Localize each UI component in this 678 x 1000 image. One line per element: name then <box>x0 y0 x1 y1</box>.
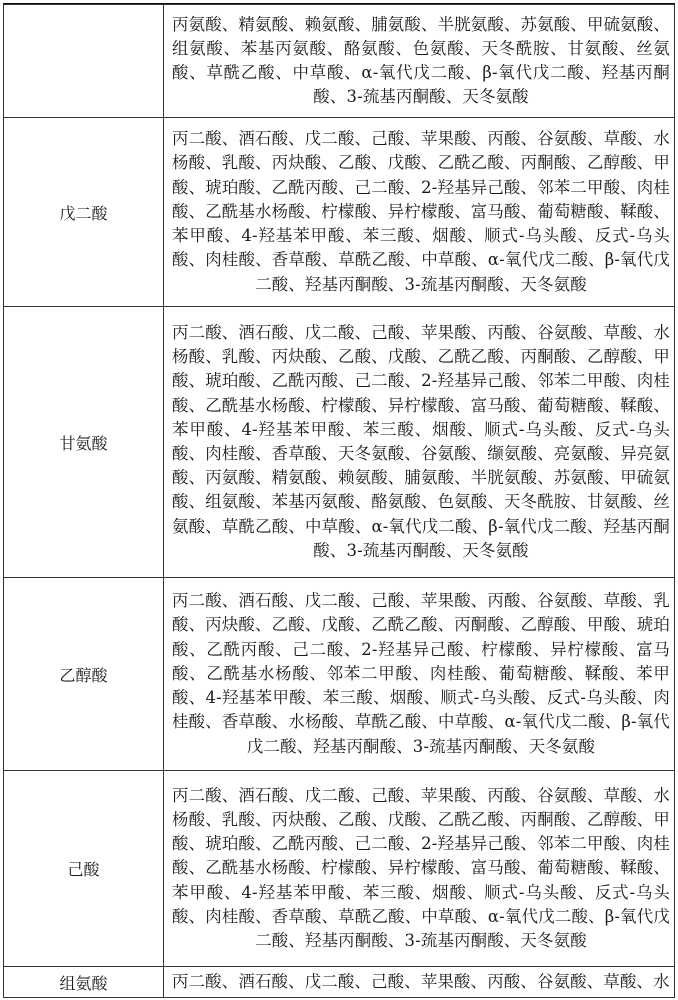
table-row: 乙醇酸 丙二酸、酒石酸、戊二酸、己酸、苹果酸、丙酸、谷氨酸、草酸、乳酸、丙炔酸、… <box>4 578 675 771</box>
table-row: 丙氨酸、精氨酸、赖氨酸、脯氨酸、半胱氨酸、苏氨酸、甲硫氨酸、组氨酸、苯基丙氨酸、… <box>4 5 675 118</box>
partner-acids-cell: 丙二酸、酒石酸、戊二酸、己酸、苹果酸、丙酸、谷氨酸、草酸、水 <box>164 967 675 998</box>
acid-combination-table: 丙氨酸、精氨酸、赖氨酸、脯氨酸、半胱氨酸、苏氨酸、甲硫氨酸、组氨酸、苯基丙氨酸、… <box>3 4 675 998</box>
acid-name-cell: 甘氨酸 <box>4 307 164 578</box>
acid-name-cell <box>4 5 164 118</box>
table-row: 戊二酸 丙二酸、酒石酸、戊二酸、己酸、苹果酸、丙酸、谷氨酸、草酸、水杨酸、乳酸、… <box>4 118 675 307</box>
acid-name-cell: 己酸 <box>4 771 164 967</box>
partner-acids-cell: 丙二酸、酒石酸、戊二酸、己酸、苹果酸、丙酸、谷氨酸、草酸、水杨酸、乳酸、丙炔酸、… <box>164 307 675 578</box>
acid-name-cell: 乙醇酸 <box>4 578 164 771</box>
table-row: 己酸 丙二酸、酒石酸、戊二酸、己酸、苹果酸、丙酸、谷氨酸、草酸、水杨酸、乳酸、丙… <box>4 771 675 967</box>
partner-acids-cell: 丙二酸、酒石酸、戊二酸、己酸、苹果酸、丙酸、谷氨酸、草酸、乳酸、丙炔酸、乙酸、戊… <box>164 578 675 771</box>
document-page: 丙氨酸、精氨酸、赖氨酸、脯氨酸、半胱氨酸、苏氨酸、甲硫氨酸、组氨酸、苯基丙氨酸、… <box>3 4 675 998</box>
partner-acids-cell: 丙氨酸、精氨酸、赖氨酸、脯氨酸、半胱氨酸、苏氨酸、甲硫氨酸、组氨酸、苯基丙氨酸、… <box>164 5 675 118</box>
table-row: 甘氨酸 丙二酸、酒石酸、戊二酸、己酸、苹果酸、丙酸、谷氨酸、草酸、水杨酸、乳酸、… <box>4 307 675 578</box>
partner-acids-cell: 丙二酸、酒石酸、戊二酸、己酸、苹果酸、丙酸、谷氨酸、草酸、水杨酸、乳酸、丙炔酸、… <box>164 118 675 307</box>
partner-acids-cell: 丙二酸、酒石酸、戊二酸、己酸、苹果酸、丙酸、谷氨酸、草酸、水杨酸、乳酸、丙炔酸、… <box>164 771 675 967</box>
acid-name-cell: 戊二酸 <box>4 118 164 307</box>
acid-name-cell: 组氨酸 <box>4 967 164 998</box>
table-row: 组氨酸 丙二酸、酒石酸、戊二酸、己酸、苹果酸、丙酸、谷氨酸、草酸、水 <box>4 967 675 998</box>
